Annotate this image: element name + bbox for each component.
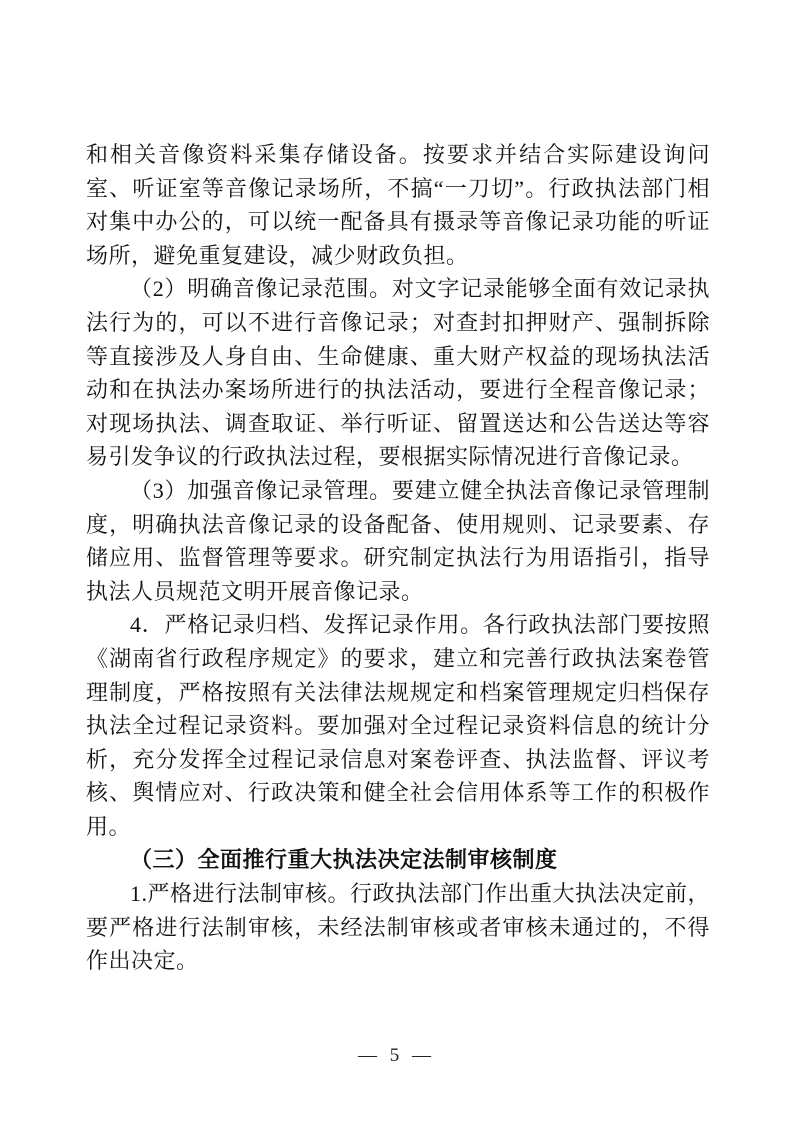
- body-paragraph-item-4: 4．严格记录归档、发挥记录作用。各行政执法部门要按照《湖南省行政程序规定》的要求…: [86, 608, 710, 843]
- document-page: 和相关音像资料采集存储设备。按要求并结合实际建设询问室、听证室等音像记录场所，不…: [0, 0, 793, 1122]
- body-paragraph-legal-review: 1.严格进行法制审核。行政执法部门作出重大执法决定前，要严格进行法制审核，未经法…: [86, 877, 710, 978]
- document-body: 和相关音像资料采集存储设备。按要求并结合实际建设询问室、听证室等音像记录场所，不…: [86, 138, 710, 978]
- section-heading-3: （三）全面推行重大执法决定法制审核制度: [86, 843, 710, 877]
- body-paragraph-continuation: 和相关音像资料采集存储设备。按要求并结合实际建设询问室、听证室等音像记录场所，不…: [86, 138, 710, 272]
- body-paragraph-item-3: （3）加强音像记录管理。要建立健全执法音像记录管理制度，明确执法音像记录的设备配…: [86, 474, 710, 608]
- page-number: — 5 —: [0, 1045, 793, 1067]
- body-paragraph-item-2: （2）明确音像记录范围。对文字记录能够全面有效记录执法行为的，可以不进行音像记录…: [86, 272, 710, 474]
